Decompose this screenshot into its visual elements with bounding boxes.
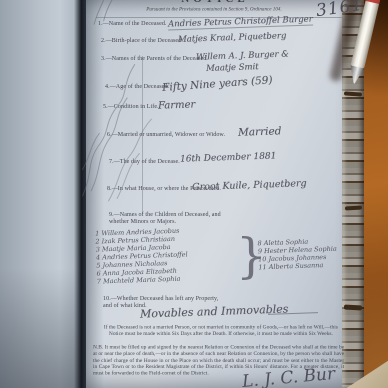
children-list-left: 1 Willem Andries Jacobus 2 Izak Petrus C… [95,226,189,285]
page-stack-gap [344,305,362,311]
form-heading: NOTICE [150,0,280,5]
field-value-line2: Maatje Smit [206,62,259,74]
children-list-right: 8 Aletta Sophia 9 Hester Helena Sophia 1… [257,237,337,272]
death-notice-photo: NOTICE Pursuant to the Provisions contai… [0,0,388,388]
field-label: 2.—Birth-place of the Deceased. [101,38,183,45]
pen-tip-icon [347,65,364,85]
field-label: 1.—Name of the Deceased. [98,21,167,28]
form-subheading: Pursuant to the Provisions contained in … [121,7,308,12]
field-label: 9.—Names of the Children of Deceased, an… [109,212,241,226]
field-value: Married [238,125,282,139]
note-paragraph-1: If the Deceased is not a married Person,… [100,324,342,337]
field-value: Farmer [158,99,196,111]
note-text: If otherwise, it must be made within Six… [228,330,333,336]
